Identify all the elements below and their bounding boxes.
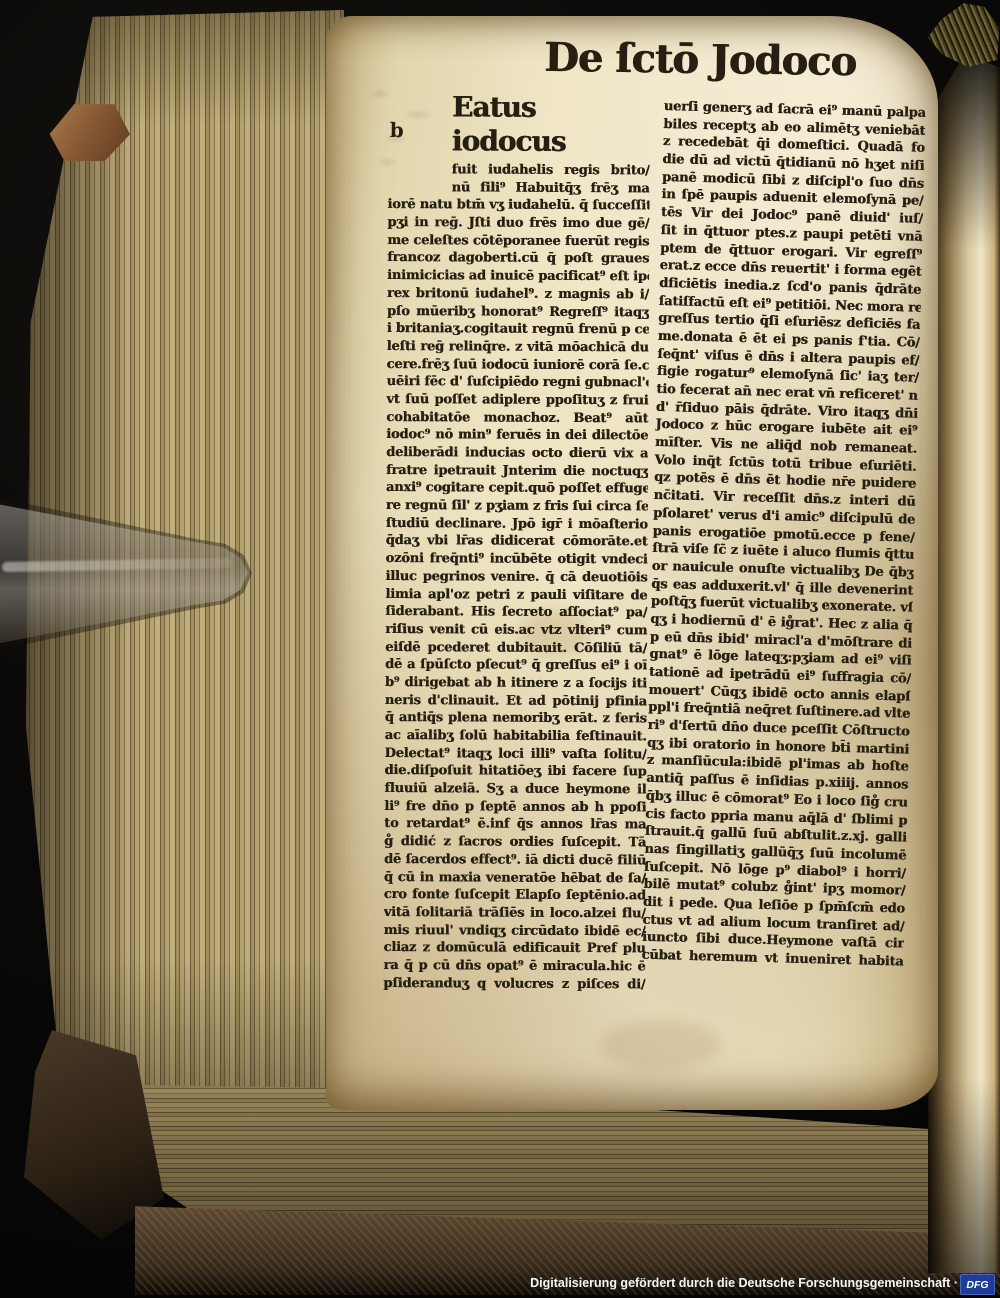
page-header-title: De ſctō Jodoco	[510, 33, 891, 85]
opening-line: Eatus iodocus	[388, 90, 650, 159]
book-photograph: De ſctō Jodoco b Eatus iodocus fuit iuda…	[0, 0, 1000, 1298]
clip-body	[0, 492, 260, 654]
text-column-left: b Eatus iodocus fuit iudahelis regis bri…	[383, 90, 650, 994]
paper-stain	[600, 1020, 720, 1070]
digitization-watermark-text: Digitalisierung gefördert durch die Deut…	[530, 1276, 958, 1290]
text-column-right: uerſi generʒ ad ſacrā ei⁹ manū palpabile…	[641, 98, 926, 971]
dfg-logo: DFG	[960, 1274, 995, 1295]
bookmark-tassel	[916, 0, 1000, 73]
left-column-text: fuit iudahelis regis brito/nū fili⁹ Habu…	[383, 161, 649, 994]
facing-page-edge	[928, 55, 1000, 1273]
page-holder-clip	[0, 492, 260, 654]
initial-guide-letter: b	[390, 120, 404, 140]
right-column-text: uerſi generʒ ad ſacrā ei⁹ manū palpabile…	[641, 98, 926, 971]
